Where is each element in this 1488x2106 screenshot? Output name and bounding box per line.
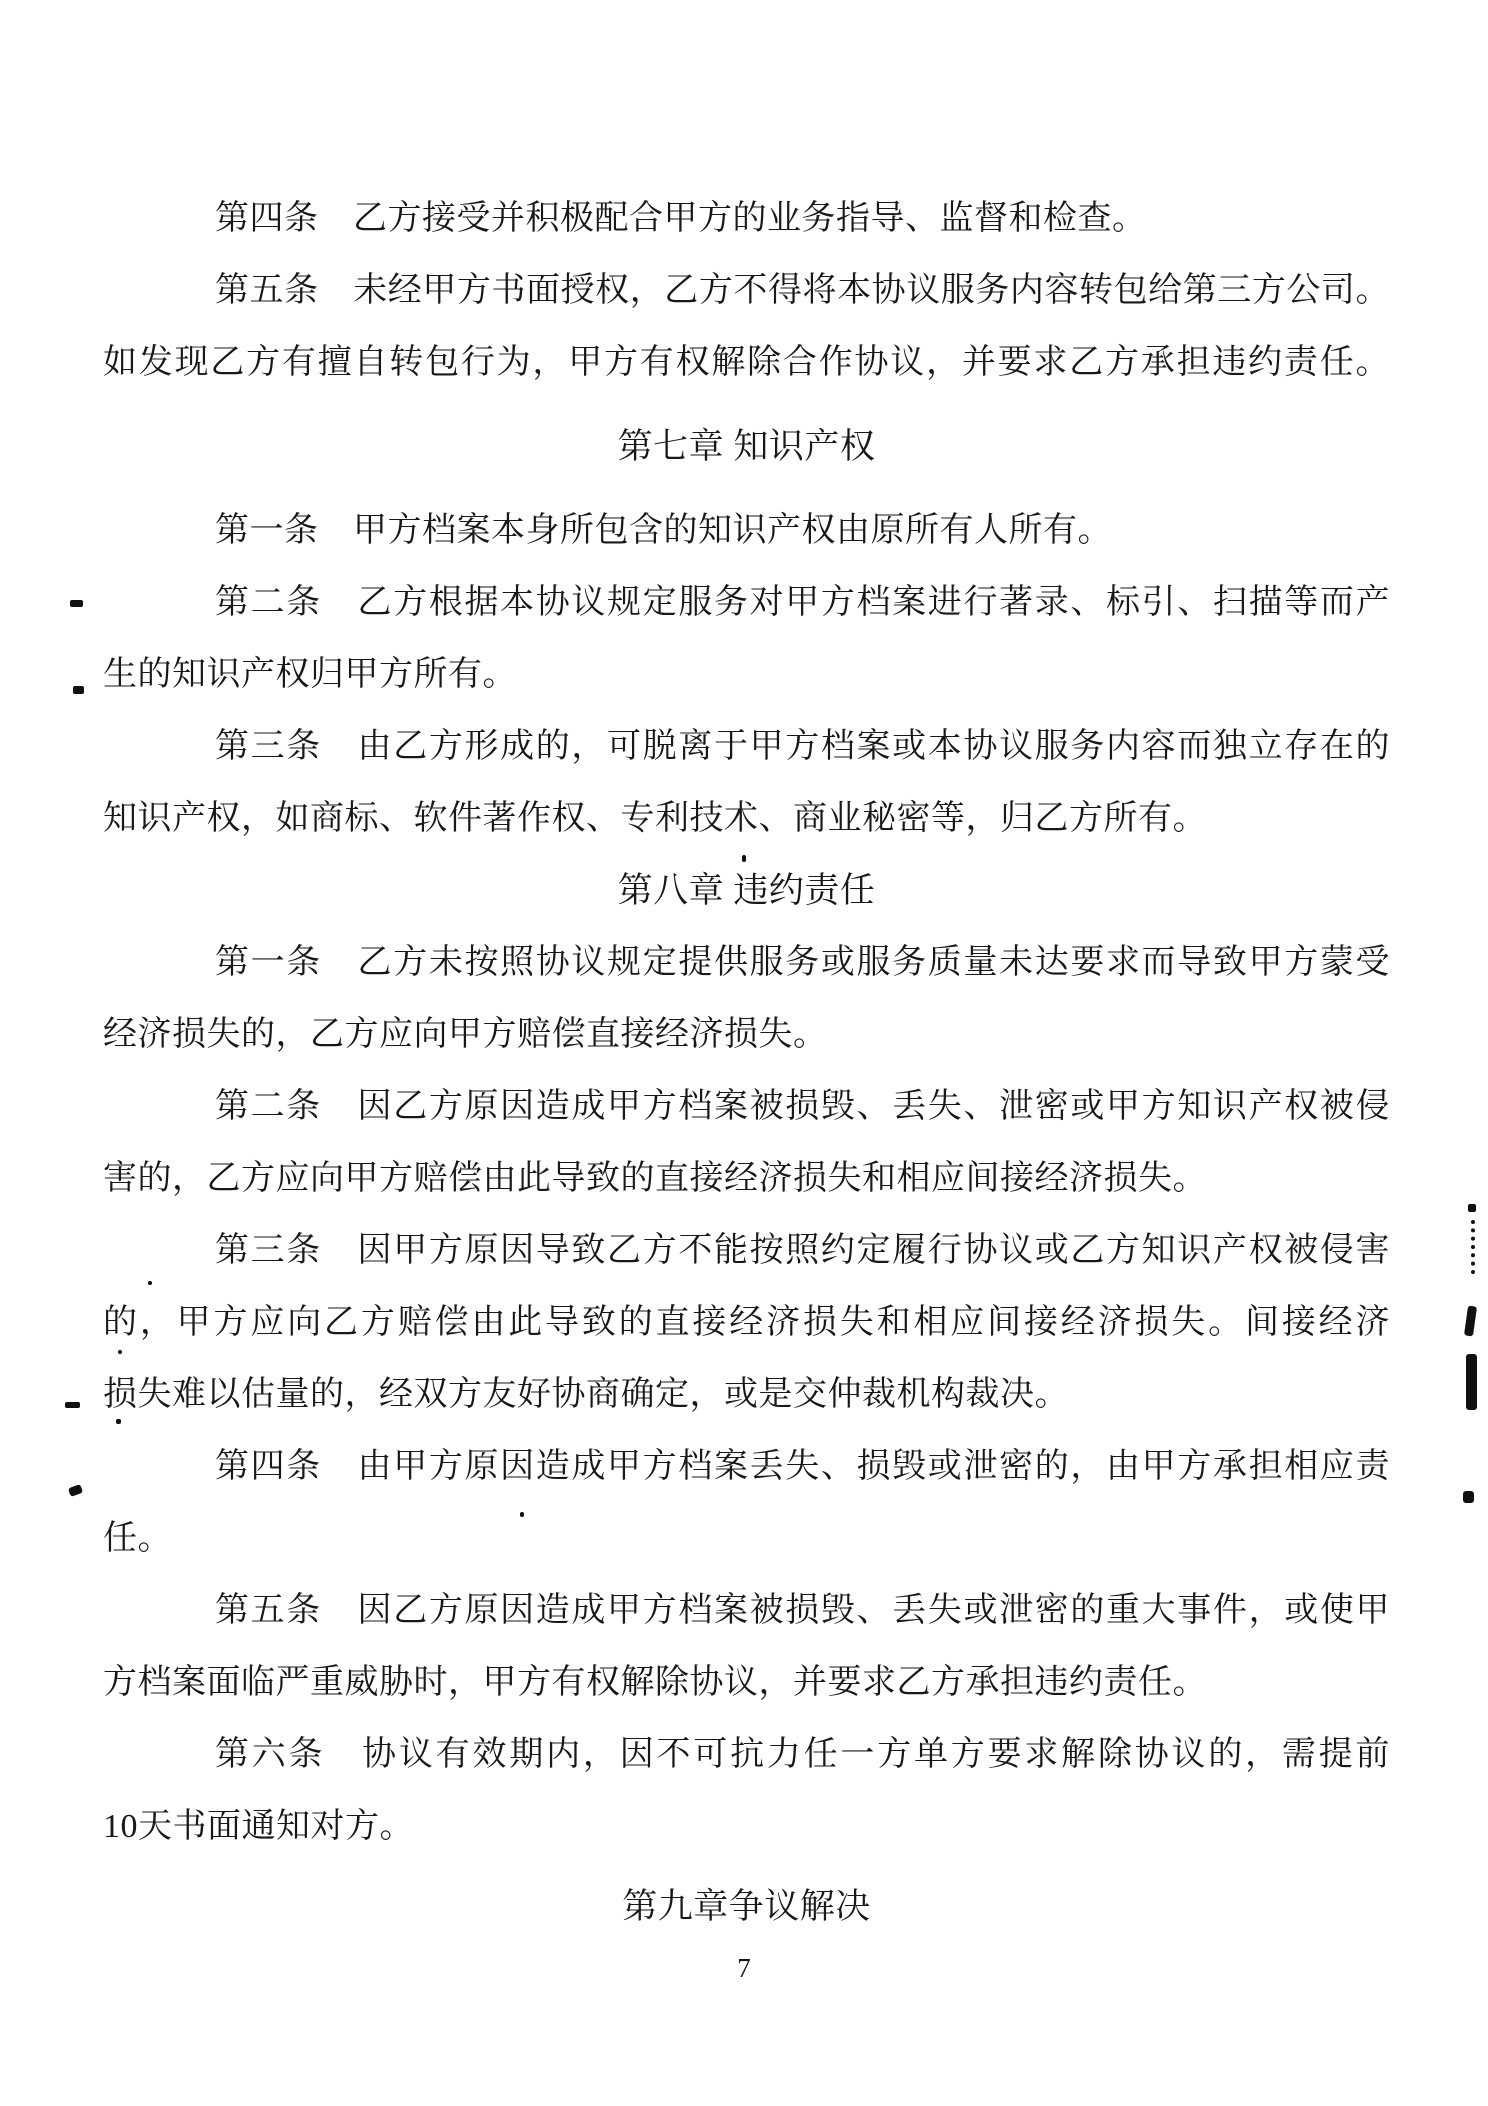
contract-text-line: 生的知识产权归甲方所有。 [103, 639, 1390, 711]
contract-text-line: 第三条 因甲方原因导致乙方不能按照约定履行协议或乙方知识产权被侵害 [103, 1215, 1390, 1287]
scanned-contract-page: 第四条 乙方接受并积极配合甲方的业务指导、监督和检查。第五条 未经甲方书面授权，… [0, 0, 1488, 2106]
contract-text-line: 第二条 因乙方原因造成甲方档案被损毁、丢失、泄密或甲方知识产权被侵 [103, 1071, 1390, 1143]
contract-text-line: 第一条 甲方档案本身所包含的知识产权由原所有人所有。 [103, 495, 1390, 567]
scan-artifact [116, 1419, 121, 1424]
contract-text-line: 第四条 由甲方原因造成甲方档案丢失、损毁或泄密的，由甲方承担相应责 [103, 1431, 1390, 1503]
document-lines: 第四条 乙方接受并积极配合甲方的业务指导、监督和检查。第五条 未经甲方书面授权，… [103, 183, 1390, 1943]
page-number: 7 [0, 1948, 1488, 1988]
contract-text-line: 经济损失的，乙方应向甲方赔偿直接经济损失。 [103, 999, 1390, 1071]
contract-text-line: 如发现乙方有擅自转包行为，甲方有权解除合作协议，并要求乙方承担违约责任。 [103, 327, 1390, 399]
scan-artifact [65, 1402, 80, 1408]
contract-text-line: 第二条 乙方根据本协议规定服务对甲方档案进行著录、标引、扫描等而产 [103, 567, 1390, 639]
scan-artifact [1468, 1204, 1476, 1212]
scan-artifact [73, 686, 84, 694]
scan-artifact [118, 1350, 122, 1354]
contract-text-line: 损失难以估量的，经双方友好协商确定，或是交仲裁机构裁决。 [103, 1359, 1390, 1431]
scan-artifact [68, 1484, 83, 1497]
scan-artifact [520, 1512, 524, 1517]
chapter-heading: 第九章争议解决 [103, 1871, 1390, 1943]
scan-artifact [742, 855, 746, 862]
scan-artifact [1463, 1491, 1474, 1503]
contract-text-line: 知识产权，如商标、软件著作权、专利技术、商业秘密等，归乙方所有。 [103, 783, 1390, 855]
scan-artifact [1464, 1306, 1477, 1337]
contract-text-line: 第三条 由乙方形成的，可脱离于甲方档案或本协议服务内容而独立存在的 [103, 711, 1390, 783]
contract-text-line: 第五条 未经甲方书面授权，乙方不得将本协议服务内容转包给第三方公司。 [103, 255, 1390, 327]
scan-artifact [70, 600, 83, 607]
contract-text-line: 方档案面临严重威胁时，甲方有权解除协议，并要求乙方承担违约责任。 [103, 1647, 1390, 1719]
contract-text-line: 第四条 乙方接受并积极配合甲方的业务指导、监督和检查。 [103, 183, 1390, 255]
chapter-heading: 第八章 违约责任 [103, 855, 1390, 927]
scan-artifact [1466, 1354, 1477, 1410]
scan-artifact [1471, 1220, 1475, 1274]
contract-text-line: 任。 [103, 1503, 1390, 1575]
chapter-heading: 第七章 知识产权 [103, 411, 1390, 483]
contract-text-line: 第一条 乙方未按照协议规定提供服务或服务质量未达要求而导致甲方蒙受 [103, 927, 1390, 999]
contract-text-line: 的，甲方应向乙方赔偿由此导致的直接经济损失和相应间接经济损失。间接经济 [103, 1287, 1390, 1359]
contract-text-line: 10天书面通知对方。 [103, 1791, 1390, 1863]
contract-text-line: 第五条 因乙方原因造成甲方档案被损毁、丢失或泄密的重大事件，或使甲 [103, 1575, 1390, 1647]
contract-text-line: 第六条 协议有效期内，因不可抗力任一方单方要求解除协议的，需提前 [103, 1719, 1390, 1791]
contract-text-line: 害的，乙方应向甲方赔偿由此导致的直接经济损失和相应间接经济损失。 [103, 1143, 1390, 1215]
scan-artifact [148, 1281, 152, 1285]
